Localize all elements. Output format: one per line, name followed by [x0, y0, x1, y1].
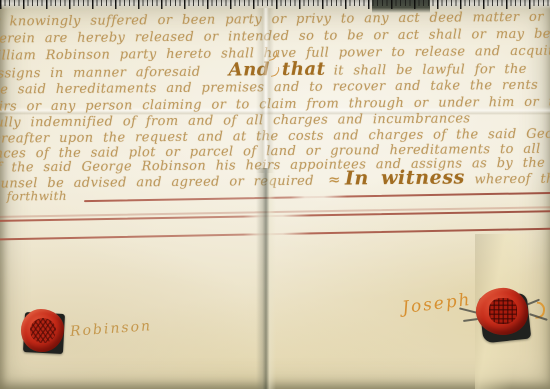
- handwriting-line-12: forthwith: [7, 189, 67, 204]
- vertical-fold-crease-lower: [256, 168, 276, 389]
- wax-seal-left: [19, 306, 71, 360]
- line-text: whereof the said: [474, 171, 550, 187]
- seal-impression: [489, 298, 517, 324]
- signature-joseph: Joseph: [401, 290, 473, 318]
- phrase-in-witness: In witness: [345, 166, 465, 189]
- line-text: forthwith: [7, 189, 67, 204]
- seal-thread: [463, 318, 478, 322]
- ruler: [0, 0, 550, 12]
- vertical-fold-crease-upper: [256, 8, 274, 173]
- line-text: Assigns in manner aforesaid: [0, 65, 201, 82]
- ruler-major-ticks: [0, 0, 550, 9]
- seal-thread: [527, 299, 540, 305]
- parchment-deed-photo: or knowingly suffered or been party or p…: [0, 0, 550, 389]
- seal-impression: [30, 318, 56, 343]
- line-text: it shall be lawful for the: [334, 62, 527, 79]
- wax-seal-right: [472, 286, 540, 350]
- pen-flourish: ≈: [328, 170, 341, 188]
- signature-robinson: Robinson: [70, 318, 153, 340]
